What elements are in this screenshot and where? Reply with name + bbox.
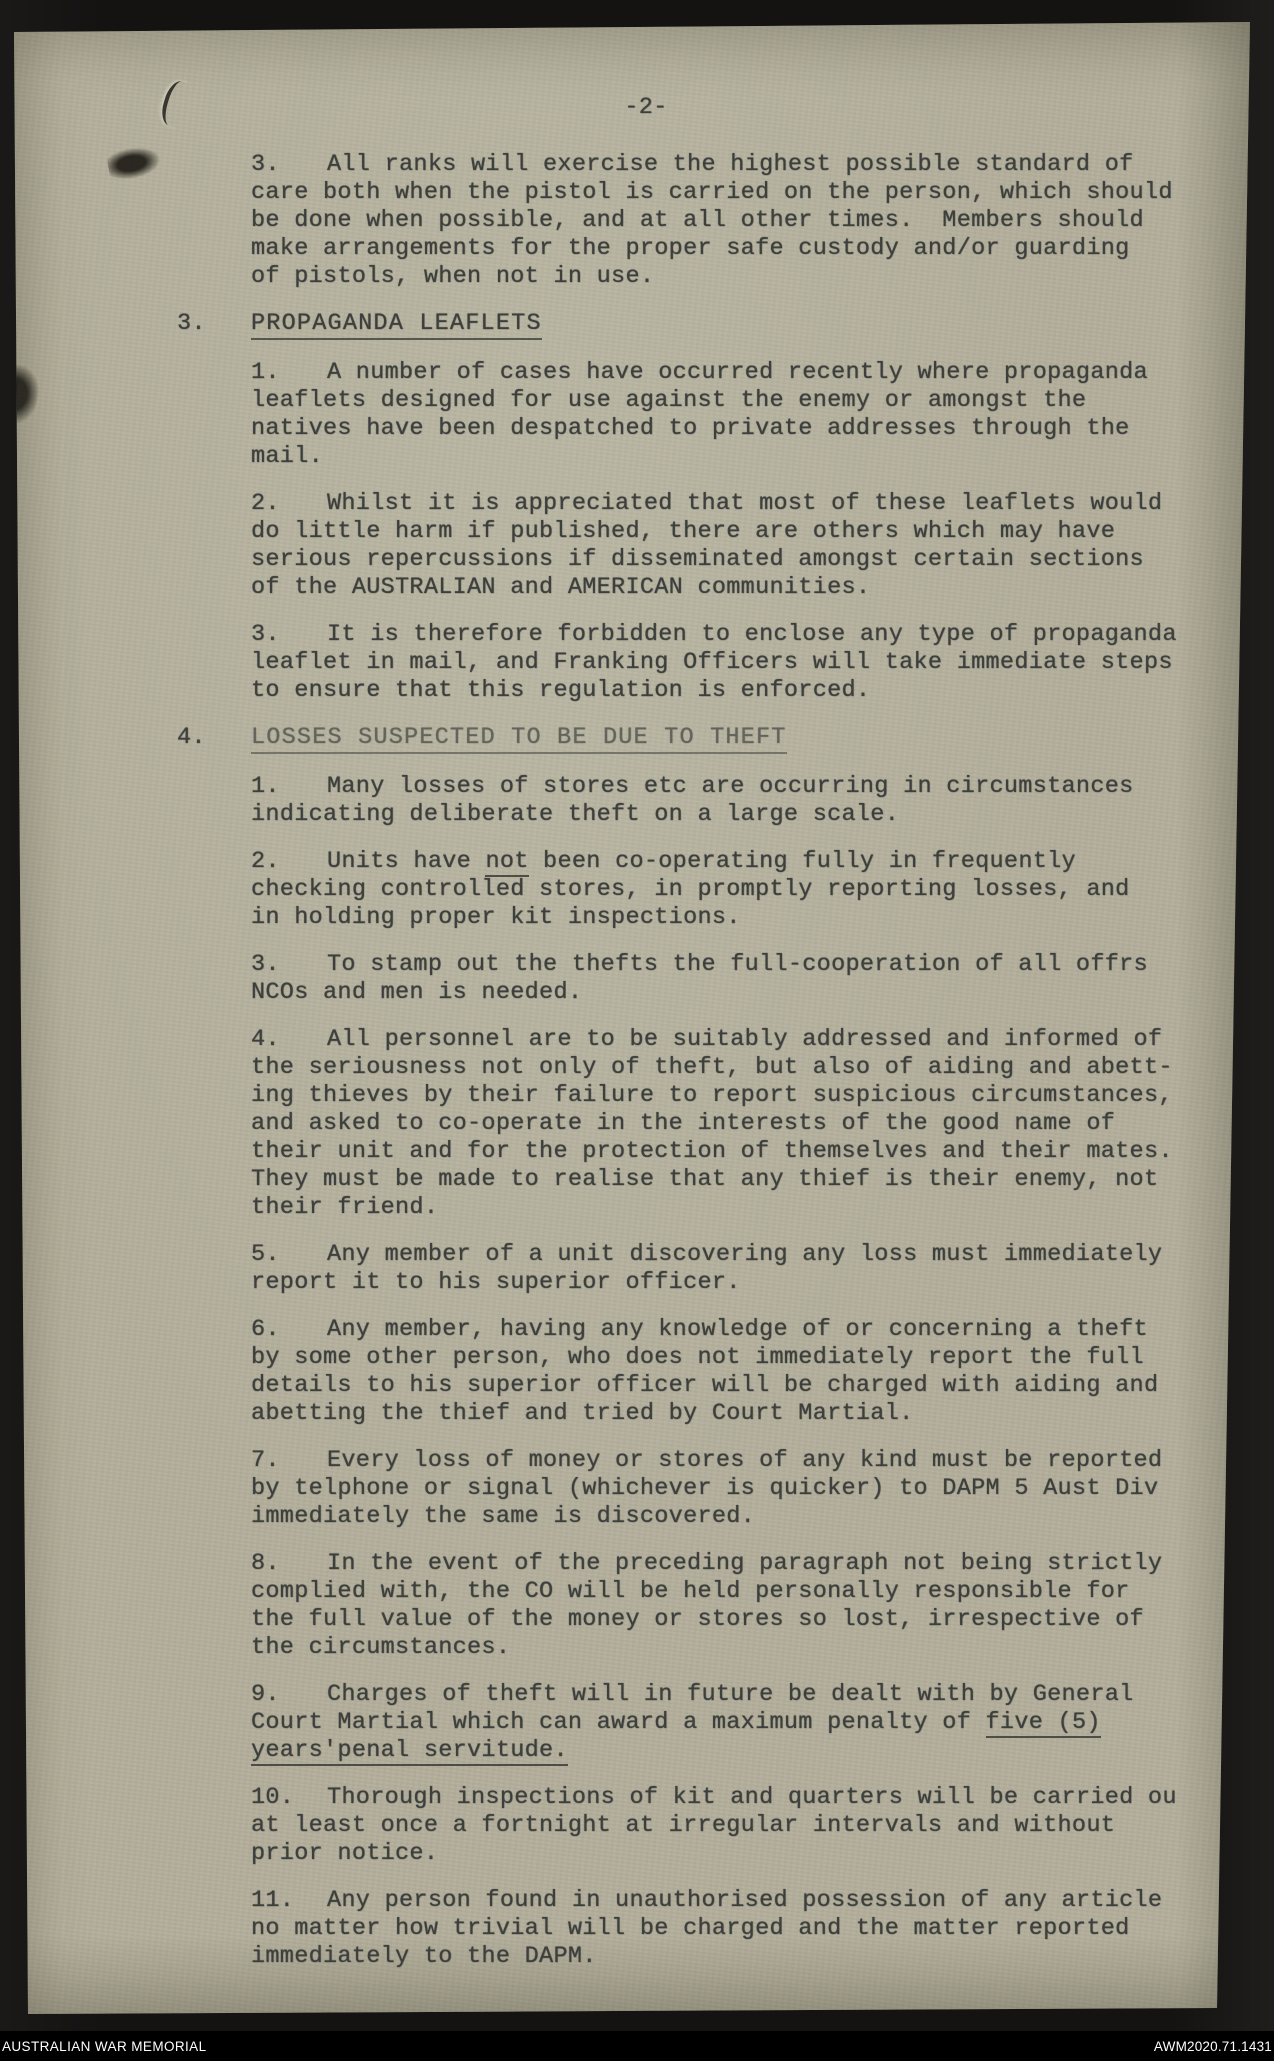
paragraph: 10.Thorough inspections of kit and quart…: [251, 1784, 1216, 1868]
paragraph-text: A number of cases have occurred recently…: [251, 359, 1148, 470]
archive-footer-bar: AUSTRALIAN WAR MEMORIAL AWM2020.71.1431: [0, 2031, 1274, 2061]
paragraph: 9.Charges of theft will in future be dea…: [251, 1681, 1216, 1765]
typewritten-content: -2- 3.All ranks will exercise the highes…: [251, 94, 1216, 1990]
paragraph-text: Charges of theft will in future be dealt…: [251, 1681, 1134, 1766]
archive-reference-number: AWM2020.71.1431: [1154, 2039, 1272, 2054]
paragraph: 2.Units have not been co-operating fully…: [251, 848, 1216, 932]
page-number: -2-: [251, 94, 1041, 122]
paragraph-text: It is therefore forbidden to enclose any…: [251, 621, 1177, 704]
paragraph-text: All personnel are to be suitably address…: [251, 1026, 1173, 1221]
paragraph-text: Whilst it is appreciated that most of th…: [251, 490, 1162, 601]
paper-blemish: [106, 144, 162, 183]
paragraph-number: 5.: [251, 1241, 327, 1269]
paragraph-text: Any person found in unauthorised possess…: [251, 1887, 1162, 1970]
paragraph-number: 8.: [251, 1550, 327, 1578]
paragraph-text: Units have not been co-operating fully i…: [251, 848, 1130, 931]
paragraph-number: 4.: [251, 1026, 327, 1054]
paragraph-text: All ranks will exercise the highest poss…: [251, 151, 1173, 290]
paragraph: 3.All ranks will exercise the highest po…: [251, 151, 1216, 291]
paragraph: 8.In the event of the preceding paragrap…: [251, 1550, 1216, 1662]
paragraph-number: 10.: [251, 1784, 327, 1812]
paragraph-text: Many losses of stores etc are occurring …: [251, 773, 1134, 828]
paragraph-number: 1.: [251, 359, 327, 387]
paper-blemish: [0, 364, 42, 426]
paragraph-number: 1.: [251, 773, 327, 801]
paragraph-number: 3.: [251, 151, 327, 179]
paper-tear: [158, 78, 190, 128]
paragraph-text: Thorough inspections of kit and quarters…: [251, 1784, 1177, 1867]
paragraph-number: 3.: [251, 951, 327, 979]
paragraph: 1.Many losses of stores etc are occurrin…: [251, 773, 1216, 829]
paragraph: 3.It is therefore forbidden to enclose a…: [251, 621, 1216, 705]
paragraph-number: 6.: [251, 1316, 327, 1344]
archive-name-label: AUSTRALIAN WAR MEMORIAL: [2, 2039, 206, 2054]
paragraph-text: Any member, having any knowledge of or c…: [251, 1316, 1158, 1427]
paragraph-text: Any member of a unit discovering any los…: [251, 1241, 1162, 1296]
paragraph: 7.Every loss of money or stores of any k…: [251, 1447, 1216, 1531]
paragraph-text: In the event of the preceding paragraph …: [251, 1550, 1162, 1661]
paragraph: 2.Whilst it is appreciated that most of …: [251, 490, 1216, 602]
section-number: 4.: [177, 724, 206, 752]
paragraph: 3.To stamp out the thefts the full-coope…: [251, 951, 1216, 1007]
section-title: PROPAGANDA LEAFLETS: [251, 310, 542, 340]
paragraph-text: To stamp out the thefts the full-coopera…: [251, 951, 1148, 1006]
paragraph: 1.A number of cases have occurred recent…: [251, 359, 1216, 471]
section-number: 3.: [177, 310, 206, 338]
paragraph: 4.All personnel are to be suitably addre…: [251, 1026, 1216, 1222]
paragraph-number: 2.: [251, 490, 327, 518]
section-heading: 3.PROPAGANDA LEAFLETS: [251, 310, 1216, 338]
paragraph-number: 11.: [251, 1887, 327, 1915]
paragraph: 6.Any member, having any knowledge of or…: [251, 1316, 1216, 1428]
paragraph: 5.Any member of a unit discovering any l…: [251, 1241, 1216, 1297]
paragraph-number: 9.: [251, 1681, 327, 1709]
paragraph: 11.Any person found in unauthorised poss…: [251, 1887, 1216, 1971]
paragraph-number: 3.: [251, 621, 327, 649]
section-heading: 4.LOSSES SUSPECTED TO BE DUE TO THEFT: [251, 724, 1216, 752]
paragraph-number: 7.: [251, 1447, 327, 1475]
paragraph-number: 2.: [251, 848, 327, 876]
paragraph-text: Every loss of money or stores of any kin…: [251, 1447, 1162, 1530]
section-title: LOSSES SUSPECTED TO BE DUE TO THEFT: [251, 724, 787, 754]
